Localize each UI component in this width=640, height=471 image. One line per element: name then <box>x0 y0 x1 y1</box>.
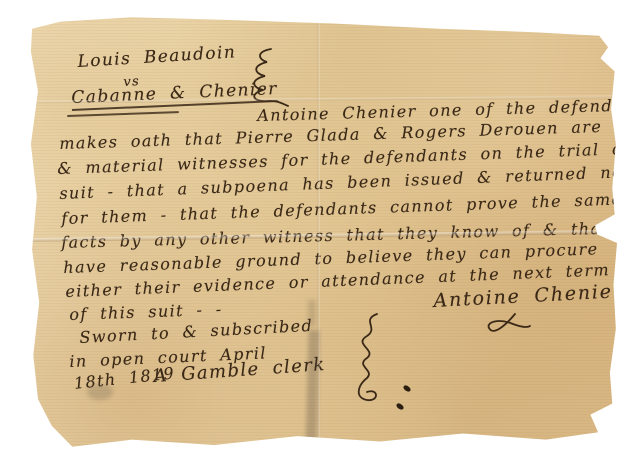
document-paper: Louis Beaudoin vs Cabanne & Chenier Anto… <box>25 12 617 452</box>
scan-page: { "document": { "kind": "handwritten cou… <box>0 0 640 471</box>
caption-plaintiff: Louis Beaudoin <box>77 42 237 72</box>
case-bracket-squiggle-icon <box>237 46 289 110</box>
deponent-signature: Antoine Chenie <box>433 281 613 312</box>
ink-dot <box>395 402 404 411</box>
signature-paraph-icon <box>485 312 531 338</box>
body-line: of this suit - - <box>69 300 223 324</box>
notary-flourish-icon <box>343 312 391 406</box>
ink-dot <box>402 384 411 393</box>
ink-smudge <box>305 330 319 448</box>
caption-underline-stroke <box>67 111 179 117</box>
